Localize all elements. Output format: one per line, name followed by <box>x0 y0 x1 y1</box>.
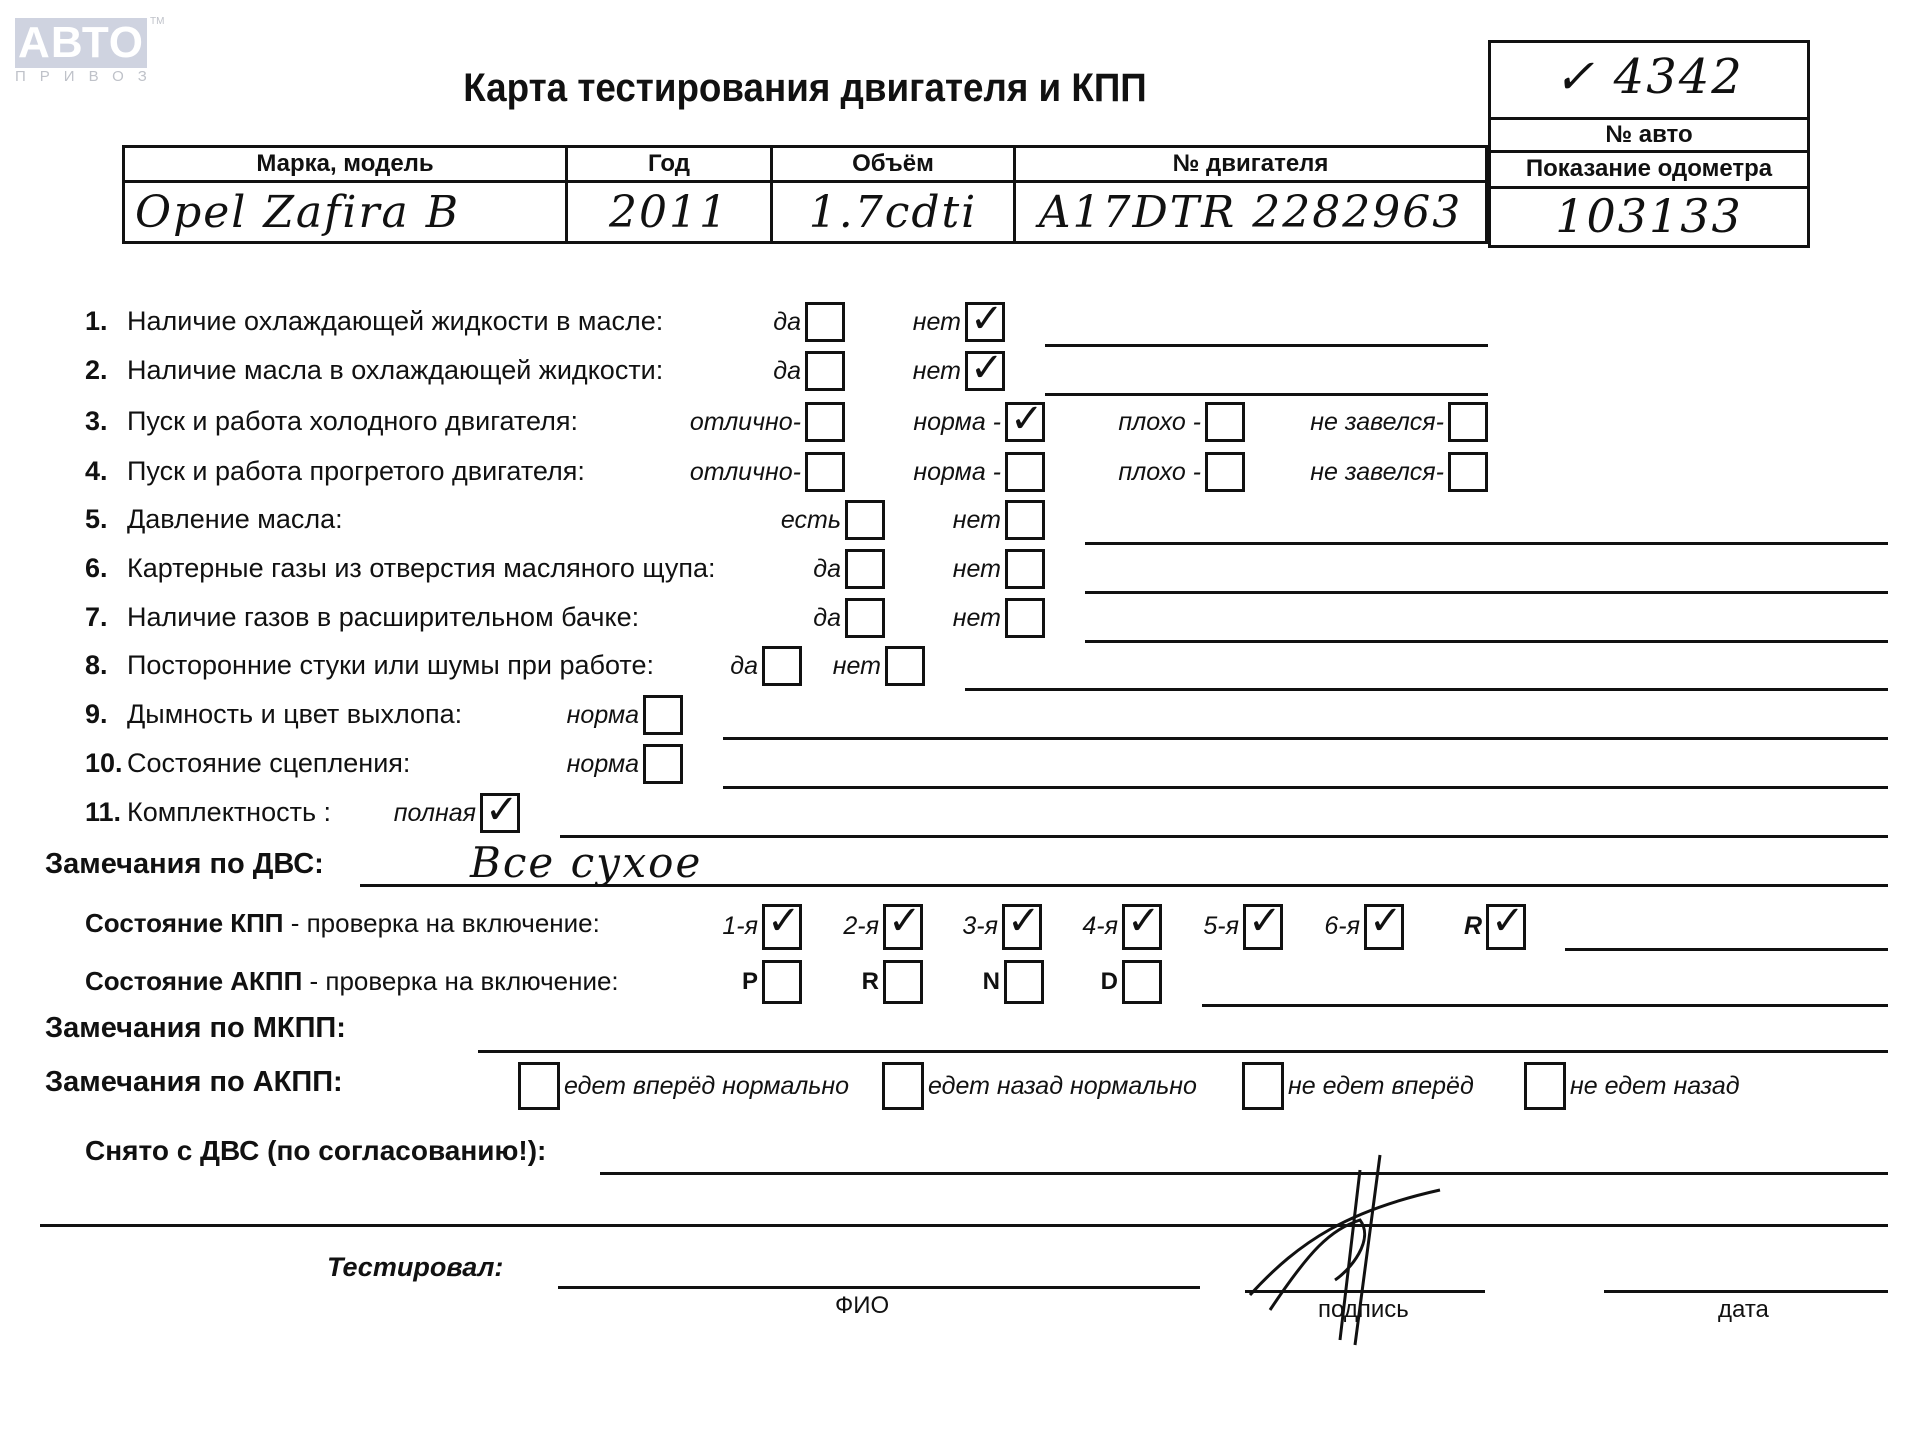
checklist-item: 10.Состояние сцепления: <box>85 748 410 779</box>
item-number: 7. <box>85 602 127 633</box>
logo-trademark: TM <box>150 16 164 27</box>
option-label: норма - <box>913 408 1001 437</box>
column-header: № двигателя <box>1015 147 1487 182</box>
option-label: да <box>813 604 841 633</box>
item-label: Наличие газов в расширительном бачке: <box>127 602 639 632</box>
kpp-label-rest: - проверка на включение: <box>284 908 600 938</box>
checkbox[interactable] <box>845 549 885 589</box>
option-label: плохо - <box>1118 408 1201 437</box>
engine-number-value: A17DTR 2282963 <box>1015 182 1487 243</box>
option-label: нет <box>913 308 961 337</box>
option-label: да <box>773 357 801 386</box>
option-label: плохо - <box>1118 458 1201 487</box>
checkbox[interactable] <box>1005 452 1045 492</box>
item-number: 6. <box>85 553 127 584</box>
comment-line[interactable] <box>1085 640 1888 643</box>
checklist-item: 1.Наличие охлаждающей жидкости в масле: <box>85 306 663 337</box>
comment-line[interactable] <box>1085 542 1888 545</box>
item-number: 10. <box>85 748 127 779</box>
item-number: 2. <box>85 355 127 386</box>
checklist-item: 5.Давление масла: <box>85 504 343 535</box>
checklist-item: 2.Наличие масла в охлаждающей жидкости: <box>85 355 663 386</box>
gear-checkbox[interactable] <box>883 904 923 950</box>
gear-checkbox[interactable] <box>1243 904 1283 950</box>
item-number: 11. <box>85 797 127 828</box>
checkbox[interactable] <box>805 351 845 391</box>
item-label: Пуск и работа прогретого двигателя: <box>127 456 585 486</box>
tested-label: Тестировал: <box>327 1252 503 1283</box>
gear-label: 2-я <box>843 912 879 941</box>
vehicle-info-table: Марка, модель Год Объём № двигателя Opel… <box>122 145 1488 244</box>
mkpp-remarks-line <box>478 1050 1888 1053</box>
option-label: не завелся- <box>1310 408 1444 437</box>
gear-label: 6-я <box>1324 912 1360 941</box>
mode-label: N <box>983 968 1000 996</box>
akpp-remark-label: едет вперёд нормально <box>564 1072 849 1101</box>
item-label: Комплектность : <box>127 797 331 827</box>
comment-line[interactable] <box>1045 344 1488 347</box>
logo-subtitle: ПРИВОЗ <box>15 68 150 85</box>
option-label: нет <box>953 506 1001 535</box>
option-label: да <box>773 308 801 337</box>
akpp-remark-checkbox[interactable] <box>518 1062 560 1110</box>
checkbox[interactable] <box>965 302 1005 342</box>
checkbox[interactable] <box>1005 500 1045 540</box>
volume-value: 1.7cdti <box>772 182 1015 243</box>
item-label: Пуск и работа холодного двигателя: <box>127 406 578 436</box>
item-label: Картерные газы из отверстия масляного щу… <box>127 553 716 583</box>
checkbox[interactable] <box>885 646 925 686</box>
year-value: 2011 <box>567 182 772 243</box>
comment-line[interactable] <box>723 737 1888 740</box>
checkbox[interactable] <box>805 402 845 442</box>
item-number: 5. <box>85 504 127 535</box>
item-number: 9. <box>85 699 127 730</box>
comment-line[interactable] <box>723 786 1888 789</box>
checkbox[interactable] <box>1005 549 1045 589</box>
akpp-remark-label: не едет назад <box>1570 1072 1740 1101</box>
gear-checkbox[interactable] <box>762 904 802 950</box>
fio-caption: ФИО <box>835 1292 889 1320</box>
checklist-item: 3.Пуск и работа холодного двигателя: <box>85 406 578 437</box>
akpp-remark-checkbox[interactable] <box>1242 1062 1284 1110</box>
fio-line[interactable] <box>558 1286 1200 1289</box>
odometer-value: 103133 <box>1491 189 1807 243</box>
gear-checkbox[interactable] <box>1122 904 1162 950</box>
mode-checkbox[interactable] <box>1004 960 1044 1004</box>
option-label: не завелся- <box>1310 458 1444 487</box>
checkbox[interactable] <box>1448 452 1488 492</box>
comment-line[interactable] <box>965 688 1888 691</box>
akpp-remark-label: едет назад нормально <box>928 1072 1197 1101</box>
date-caption: дата <box>1718 1296 1769 1324</box>
mode-label: P <box>742 968 758 996</box>
item-number: 1. <box>85 306 127 337</box>
gear-label: R <box>1464 912 1482 941</box>
checklist-item: 7.Наличие газов в расширительном бачке: <box>85 602 639 633</box>
akpp-remark-checkbox[interactable] <box>882 1062 924 1110</box>
option-label: полная <box>394 799 476 828</box>
kpp-label: Состояние КПП - проверка на включение: <box>85 908 600 939</box>
checkbox[interactable] <box>643 744 683 784</box>
checkbox[interactable] <box>805 452 845 492</box>
logo: АВТО <box>15 18 147 68</box>
checkbox[interactable] <box>1005 402 1045 442</box>
option-label: норма <box>567 750 639 779</box>
checkbox[interactable] <box>805 302 845 342</box>
akpp-label: Состояние АКПП - проверка на включение: <box>85 966 619 997</box>
item-number: 4. <box>85 456 127 487</box>
dvs-remarks-value[interactable]: Все сухое <box>470 838 702 887</box>
checklist-item: 8.Посторонние стуки или шумы при работе: <box>85 650 654 681</box>
gear-checkbox[interactable] <box>1486 904 1526 950</box>
checkbox[interactable] <box>1448 402 1488 442</box>
gear-checkbox[interactable] <box>1364 904 1404 950</box>
mode-checkbox[interactable] <box>883 960 923 1004</box>
akpp-remark-checkbox[interactable] <box>1524 1062 1566 1110</box>
option-label: есть <box>781 506 841 535</box>
option-label: нет <box>833 652 881 681</box>
checklist-item: 6.Картерные газы из отверстия масляного … <box>85 553 716 584</box>
column-header: Объём <box>772 147 1015 182</box>
option-label: отлично- <box>690 458 801 487</box>
akpp-line <box>1202 1004 1888 1007</box>
option-label: нет <box>913 357 961 386</box>
make-model-value: Opel Zafira B <box>124 182 567 243</box>
car-number-label: № авто <box>1491 121 1807 149</box>
kpp-line <box>1565 948 1888 951</box>
mode-checkbox[interactable] <box>762 960 802 1004</box>
car-number-value: ✓ 4342 <box>1491 49 1807 105</box>
mode-checkbox[interactable] <box>1122 960 1162 1004</box>
checkbox[interactable] <box>480 793 520 833</box>
gear-label: 4-я <box>1082 912 1118 941</box>
column-header: Год <box>567 147 772 182</box>
option-label: нет <box>953 604 1001 633</box>
dvs-remarks-line <box>360 884 1888 887</box>
option-label: нет <box>953 555 1001 584</box>
separator-line <box>40 1224 1888 1227</box>
checkbox[interactable] <box>643 695 683 735</box>
item-number: 8. <box>85 650 127 681</box>
comment-line[interactable] <box>1045 393 1488 396</box>
checkbox[interactable] <box>1205 452 1245 492</box>
comment-line[interactable] <box>1085 591 1888 594</box>
checkbox[interactable] <box>762 646 802 686</box>
akpp-remarks-label: Замечания по АКПП: <box>45 1066 343 1099</box>
checkbox[interactable] <box>965 351 1005 391</box>
removed-label: Снято с ДВС (по согласованию!): <box>85 1135 546 1167</box>
item-label: Наличие охлаждающей жидкости в масле: <box>127 306 663 336</box>
kpp-label-bold: Состояние КПП <box>85 908 284 938</box>
checkbox[interactable] <box>845 500 885 540</box>
akpp-remark-label: не едет вперёд <box>1288 1072 1474 1101</box>
checkbox[interactable] <box>845 598 885 638</box>
gear-label: 1-я <box>722 912 758 941</box>
checkbox[interactable] <box>1005 598 1045 638</box>
item-label: Посторонние стуки или шумы при работе: <box>127 650 654 680</box>
dvs-remarks-label: Замечания по ДВС: <box>45 848 324 881</box>
option-label: норма - <box>913 458 1001 487</box>
mkpp-remarks-label: Замечания по МКПП: <box>45 1012 346 1045</box>
akpp-label-rest: - проверка на включение: <box>302 966 618 996</box>
gear-label: 5-я <box>1203 912 1239 941</box>
gear-label: 3-я <box>962 912 998 941</box>
option-label: да <box>813 555 841 584</box>
item-label: Состояние сцепления: <box>127 748 410 778</box>
mode-label: R <box>862 968 879 996</box>
option-label: отлично- <box>690 408 801 437</box>
column-header: Марка, модель <box>124 147 567 182</box>
item-label: Наличие масла в охлаждающей жидкости: <box>127 355 663 385</box>
checklist-item: 9.Дымность и цвет выхлопа: <box>85 699 462 730</box>
page-title: Карта тестирования двигателя и КПП <box>340 66 1269 111</box>
comment-line[interactable] <box>560 835 1888 838</box>
mode-label: D <box>1101 968 1118 996</box>
car-number-box: ✓ 4342 № авто Показание одометра 103133 <box>1488 40 1810 248</box>
date-line[interactable] <box>1604 1290 1888 1293</box>
item-label: Давление масла: <box>127 504 343 534</box>
gear-checkbox[interactable] <box>1002 904 1042 950</box>
item-label: Дымность и цвет выхлопа: <box>127 699 462 729</box>
signature-icon <box>1240 1150 1460 1350</box>
item-number: 3. <box>85 406 127 437</box>
checklist-item: 4.Пуск и работа прогретого двигателя: <box>85 456 585 487</box>
checkbox[interactable] <box>1205 402 1245 442</box>
checklist-item: 11.Комплектность : <box>85 797 331 828</box>
akpp-label-bold: Состояние АКПП <box>85 966 302 996</box>
odometer-label: Показание одометра <box>1491 155 1807 183</box>
option-label: да <box>730 652 758 681</box>
option-label: норма <box>567 701 639 730</box>
